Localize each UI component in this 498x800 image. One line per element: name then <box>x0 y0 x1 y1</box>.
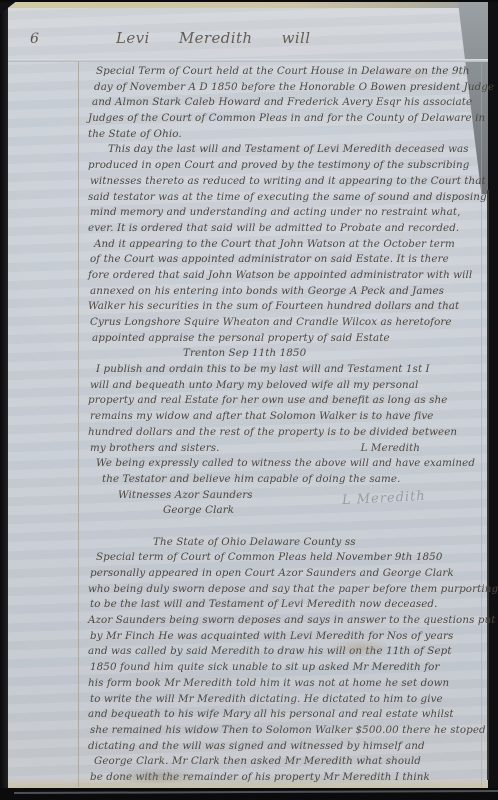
manuscript-line-text: and Almon Stark Caleb Howard and Frederi… <box>92 96 472 108</box>
manuscript-line: dictating and the will was signed and wi… <box>88 739 472 755</box>
manuscript-line: to write the will Mr Meredith dictating.… <box>88 692 472 708</box>
manuscript-line: annexed on his entering into bonds with … <box>88 284 472 300</box>
manuscript-line: and was called by said Meredith to draw … <box>88 644 472 660</box>
manuscript-line-text: personally appeared in open Court Azor S… <box>90 567 454 579</box>
manuscript-line: and bequeath to his wife Mary all his pe… <box>88 707 472 723</box>
manuscript-line-text: his form book Mr Meredith told him it wa… <box>88 677 449 689</box>
manuscript-line: The State of Ohio Delaware County ss <box>88 535 472 551</box>
manuscript-line-text: to write the will Mr Meredith dictating.… <box>90 693 443 705</box>
manuscript-line: hundred dollars and the rest of the prop… <box>88 425 472 441</box>
manuscript-line: to be the last will and Testament of Lev… <box>88 597 472 613</box>
manuscript-line: George Clark <box>88 503 472 519</box>
photo-edge-right <box>488 0 498 800</box>
manuscript-line: Trenton Sep 11th 1850 <box>88 346 472 362</box>
manuscript-line: ever. It is ordered that said will be ad… <box>88 221 472 237</box>
manuscript-line-text: dictating and the will was signed and wi… <box>88 740 425 752</box>
manuscript-line-text: This day the last will and Testament of … <box>108 143 469 155</box>
manuscript-line-text: by Mr Finch He was acquainted with Levi … <box>90 630 453 642</box>
manuscript-line-text: fore ordered that said John Watson be ap… <box>88 269 472 281</box>
photo-edge-top <box>0 0 498 2</box>
manuscript-line: said testator was at the time of executi… <box>88 190 472 206</box>
manuscript-line: remains my widow and after that Solomon … <box>88 409 472 425</box>
stain <box>395 70 435 82</box>
manuscript-line: Walker his securities in the sum of Four… <box>88 299 472 315</box>
manuscript-line: I publish and ordain this to be my last … <box>88 362 472 378</box>
manuscript-line-text: remains my widow and after that Solomon … <box>90 410 433 422</box>
manuscript-line: Azor Saunders being sworn deposes and sa… <box>88 613 472 629</box>
manuscript-line: Special term of Court of Common Pleas he… <box>88 550 472 566</box>
manuscript-line-text: will and bequeath unto Mary my beloved w… <box>90 379 418 391</box>
manuscript-line: Cyrus Longshore Squire Wheaton and Crand… <box>88 315 472 331</box>
manuscript-line-text: Special term of Court of Common Pleas he… <box>96 551 442 563</box>
manuscript-line: produced in open Court and proved by the… <box>88 158 472 174</box>
manuscript-line: of the Court was appointed administrator… <box>88 252 472 268</box>
manuscript-line-text: George Clark <box>163 504 234 516</box>
manuscript-line-text: to be the last will and Testament of Lev… <box>90 598 437 610</box>
manuscript-line-text: the Testator and believe him capable of … <box>102 473 400 485</box>
manuscript-line: appointed appraise the personal property… <box>88 331 472 347</box>
manuscript-line: witnesses thereto as reduced to writing … <box>88 174 472 190</box>
left-margin-rule <box>78 61 79 787</box>
manuscript-line: his form book Mr Meredith told him it wa… <box>88 676 472 692</box>
manuscript-line-text: and bequeath to his wife Mary all his pe… <box>88 708 454 720</box>
manuscript-line: the State of Ohio. <box>88 127 472 143</box>
manuscript-line-text: the State of Ohio. <box>88 128 182 140</box>
manuscript-line-text: produced in open Court and proved by the… <box>88 159 469 171</box>
page-top-edge <box>8 2 488 8</box>
manuscript-line-text: mind memory and understanding and acting… <box>90 206 461 218</box>
manuscript-line: This day the last will and Testament of … <box>88 142 472 158</box>
manuscript-line-text: Azor Saunders being sworn deposes and sa… <box>88 614 496 626</box>
header-rule-line <box>8 59 488 62</box>
manuscript-line: mind memory and understanding and acting… <box>88 205 472 221</box>
manuscript-line: by Mr Finch He was acquainted with Levi … <box>88 629 472 645</box>
manuscript-line-text: Judges of the Court of Common Pleas in a… <box>88 112 485 124</box>
manuscript-line-text: Witnesses Azor Saunders <box>118 489 253 501</box>
manuscript-line: property and real Estate for her own use… <box>88 393 472 409</box>
manuscript-line-text: my brothers and sisters. <box>90 442 220 454</box>
stain <box>328 638 392 656</box>
manuscript-blank-line <box>88 519 472 535</box>
manuscript-line-text: and was called by said Meredith to draw … <box>88 645 452 657</box>
manuscript-line-text: The State of Ohio Delaware County ss <box>153 536 356 548</box>
book-edge-line <box>487 190 489 780</box>
manuscript-line-text: who being duly sworn depose and say that… <box>88 583 498 595</box>
stain <box>108 768 204 784</box>
page-title: Levi Meredith will <box>116 29 310 47</box>
manuscript-line: fore ordered that said John Watson be ap… <box>88 268 472 284</box>
manuscript-line: personally appeared in open Court Azor S… <box>88 566 472 582</box>
manuscript-line-text: said testator was at the time of executi… <box>88 191 487 203</box>
manuscript-line-text: 1850 found him quite sick unable to sit … <box>90 661 439 673</box>
photo-edge-left <box>0 0 8 800</box>
manuscript-line: she remained his widow Then to Solomon W… <box>88 723 472 739</box>
manuscript-line-text: And it appearing to the Court that John … <box>94 238 455 250</box>
manuscript-line-text: day of November A D 1850 before the Hono… <box>94 81 494 93</box>
manuscript-line: my brothers and sisters.L Meredith <box>88 441 472 457</box>
manuscript-line-text: Walker his securities in the sum of Four… <box>88 300 459 312</box>
manuscript-line: the Testator and believe him capable of … <box>88 472 472 488</box>
manuscript-line-text: hundred dollars and the rest of the prop… <box>88 426 457 438</box>
page-number: 6 <box>30 31 39 47</box>
manuscript-line-text: ever. It is ordered that said will be ad… <box>88 222 459 234</box>
document-photo: 6 Levi Meredith will Special Term of Cou… <box>0 0 498 800</box>
manuscript-line: day of November A D 1850 before the Hono… <box>88 80 472 96</box>
manuscript-line-text: Cyrus Longshore Squire Wheaton and Crand… <box>90 316 452 328</box>
manuscript-line: will and bequeath unto Mary my beloved w… <box>88 378 472 394</box>
manuscript-line-text: Trenton Sep 11th 1850 <box>183 347 306 359</box>
manuscript-line-text: annexed on his entering into bonds with … <box>90 285 444 297</box>
manuscript-line-text: I publish and ordain this to be my last … <box>96 363 430 375</box>
manuscript-line: 1850 found him quite sick unable to sit … <box>88 660 472 676</box>
manuscript-line: And it appearing to the Court that John … <box>88 237 472 253</box>
manuscript-line: We being expressly called to witness the… <box>88 456 472 472</box>
manuscript-line-text: she remained his widow Then to Solomon W… <box>90 724 486 736</box>
manuscript-line-text: property and real Estate for her own use… <box>88 394 447 406</box>
right-margin-rule <box>481 61 482 787</box>
manuscript-line-text: of the Court was appointed administrator… <box>90 253 449 265</box>
manuscript-line: Judges of the Court of Common Pleas in a… <box>88 111 472 127</box>
manuscript-text: Special Term of Court held at the Court … <box>88 64 472 786</box>
manuscript-line: and Almon Stark Caleb Howard and Frederi… <box>88 95 472 111</box>
manuscript-line-text: witnesses thereto as reduced to writing … <box>90 175 486 187</box>
manuscript-line: who being duly sworn depose and say that… <box>88 582 472 598</box>
inline-signature: L Meredith <box>361 441 420 457</box>
manuscript-line-text: We being expressly called to witness the… <box>96 457 475 469</box>
manuscript-line-text: George Clark. Mr Clark then asked Mr Mer… <box>94 755 421 767</box>
manuscript-line-text: appointed appraise the personal property… <box>92 332 390 344</box>
